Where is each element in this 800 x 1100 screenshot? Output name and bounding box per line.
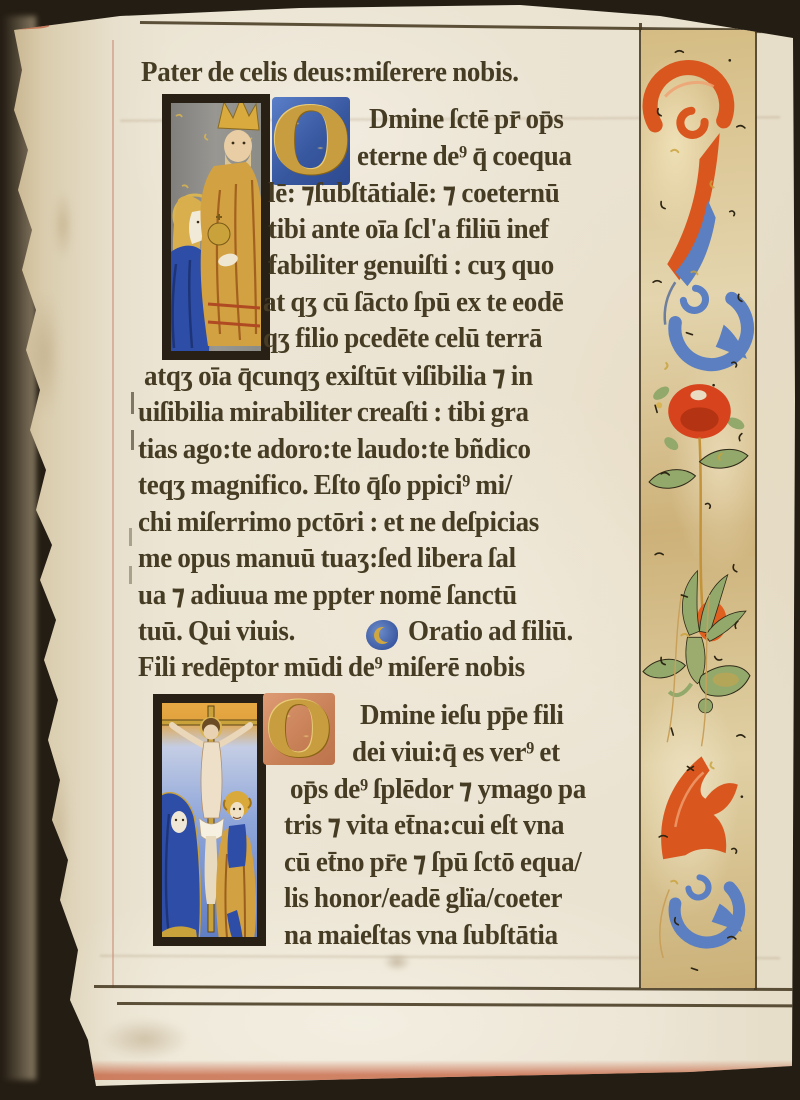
text-line: Fili redēptor mūdi de⁹ miſerē nobis (138, 651, 525, 684)
text-block: Pater de celis deus:miſerere nobis.Dmine… (0, 0, 800, 1100)
text-line: lis honor/eadē glïa/coeter (284, 882, 562, 915)
text-line: qʒ filio pcedēte celū terrā (263, 322, 542, 355)
text-line: cū et̄no pr̄e ⁊ ſpū ſctō equa/ (284, 846, 581, 879)
text-line: Dmine ieſu pp̄e fili (360, 699, 564, 732)
text-line: na maieſtas vna ſubſtātia (284, 919, 558, 952)
text-line: lē: ⁊ſubſtātialē: ⁊ coeternū (268, 177, 560, 210)
text-line: dei viui:q̄ es ver⁹ et (352, 736, 560, 769)
text-line: op̄s de⁹ ſplēdor ⁊ ymago pa (290, 773, 586, 806)
text-line: at qʒ cū ſācto ſpū ex te eodē (263, 286, 563, 319)
text-line: tibi ante oīa ſcl'a filiū inef (268, 213, 549, 246)
text-line: tias ago:te adoro:te laudo:te bñdico (138, 433, 531, 466)
text-line: atqʒ oīa q̄cunqʒ exiſtūt viſibilia ⁊ in (144, 360, 533, 393)
text-line: Oratio ad filiū. (408, 615, 573, 648)
text-line: chi miſerrimo pctōri : et ne deſpicias (138, 506, 539, 539)
text-line: Dmine ſctē pr̄ op̄s (369, 103, 564, 136)
text-line: me opus manuū tuaʒ:ſed libera ſal (138, 542, 516, 575)
text-line: tris ⁊ vita et̄na:cui eſt vna (284, 809, 564, 842)
text-line: teqʒ magnifico. Eſto q̄ſo ppici⁹ mi/ (138, 469, 512, 502)
text-line: tuū. Qui viuis. (138, 615, 295, 648)
parchment-page: O O Pater de celis deus:miſerere nobis.D… (0, 0, 800, 1100)
text-line: uiſibilia mirabiliter creaſti : tibi gra (138, 396, 529, 429)
text-line: Pater de celis deus:miſerere nobis. (141, 56, 519, 89)
gilt-bottom-edge (88, 1060, 794, 1080)
text-line: ua ⁊ adiuua me ppter nomē ſanctū (138, 579, 517, 612)
text-line: eterne de⁹ q̄ coequa (357, 140, 572, 173)
text-line: fabiliter genuiſti : cuʒ quo (268, 249, 554, 282)
photographed-manuscript-leaf: O O Pater de celis deus:miſerere nobis.D… (0, 0, 800, 1100)
